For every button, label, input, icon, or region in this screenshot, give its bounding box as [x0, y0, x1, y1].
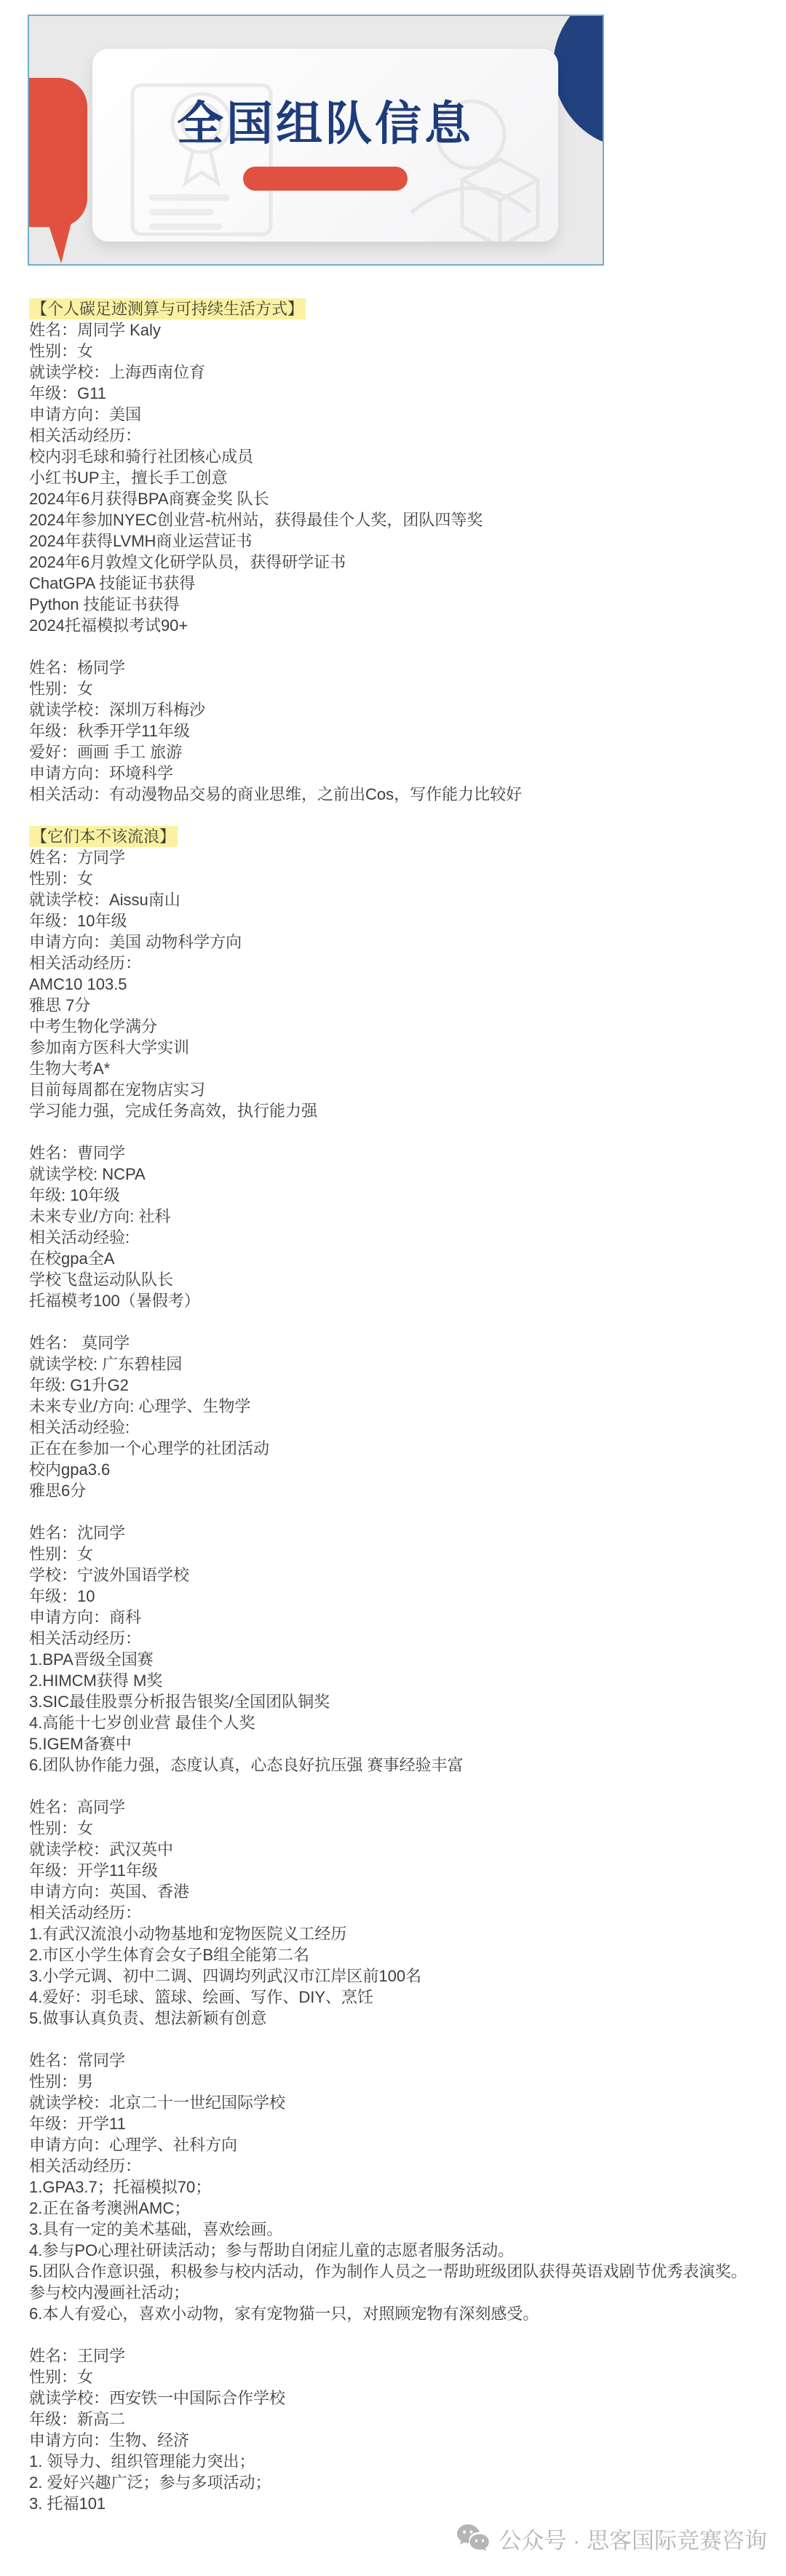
text-line: 2024托福模拟考试90+	[29, 615, 763, 636]
banner: 全国组队信息	[28, 15, 604, 266]
text-line: 在校gpa全A	[29, 1248, 763, 1269]
text-line: 年级: G1升G2	[29, 1375, 763, 1396]
text-line: 校内gpa3.6	[29, 1459, 763, 1480]
text-line: 学校：宁波外国语学校	[29, 1565, 763, 1586]
text-line: 3. 托福101	[29, 2493, 763, 2514]
text-line: 5.IGEM备赛中	[29, 1733, 763, 1754]
text-line: 4.爱好：羽毛球、篮球、绘画、写作、DIY、烹饪	[29, 1987, 763, 2008]
text-line: 性别：女	[29, 1543, 763, 1565]
text-line: 6.团队协作能力强，态度认真，心态良好抗压强 赛事经验丰富	[29, 1754, 763, 1776]
text-line: 申请方向：心理学、社科方向	[29, 2134, 763, 2155]
text-line: 姓名：高同学	[29, 1797, 763, 1818]
text-line: 参加南方医科大学实训	[29, 1037, 763, 1058]
text-line: 姓名： 莫同学	[29, 1332, 763, 1353]
text-line: 申请方向：美国	[29, 404, 763, 425]
text-line: 性别：女	[29, 341, 763, 362]
profile-section: 【它们本不该流浪】姓名：方同学性别：女就读学校：Aissu南山年级：10年级申请…	[29, 826, 763, 1121]
text-line: 姓名：杨同学	[29, 657, 763, 678]
text-line: 学校飞盘运动队队长	[29, 1269, 763, 1290]
text-line: 就读学校：北京二十一世纪国际学校	[29, 2092, 763, 2113]
text-line: 相关活动经历：	[29, 1628, 763, 1649]
text-line: 就读学校: NCPA	[29, 1164, 763, 1185]
text-line: 1.BPA晋级全国赛	[29, 1649, 763, 1670]
banner-underline-bar	[243, 167, 408, 191]
text-line: 姓名：曹同学	[29, 1142, 763, 1164]
text-line: Python 技能证书获得	[29, 594, 763, 615]
text-line: 申请方向：美国 动物科学方向	[29, 931, 763, 953]
text-line: 相关活动经历：	[29, 1902, 763, 1923]
text-line: 6.本人有爱心，喜欢小动物，家有宠物猫一只，对照顾宠物有深刻感受。	[29, 2303, 763, 2324]
banner-card: 全国组队信息	[92, 49, 558, 242]
text-line: 就读学校：武汉英中	[29, 1839, 763, 1860]
profile-section: 姓名：沈同学性别：女学校：宁波外国语学校年级：10申请方向：商科相关活动经历：1…	[29, 1522, 763, 1776]
text-line: 年级：秋季开学11年级	[29, 720, 763, 742]
profile-section: 姓名：杨同学性别：女就读学校：深圳万科梅沙年级：秋季开学11年级爱好：画画 手工…	[29, 657, 763, 805]
text-line: 姓名：方同学	[29, 847, 763, 868]
text-line: 学习能力强，完成任务高效，执行能力强	[29, 1100, 763, 1121]
profile-section: 姓名：高同学性别：女就读学校：武汉英中年级：开学11年级申请方向：英国、香港相关…	[29, 1797, 763, 2029]
text-line: 姓名：沈同学	[29, 1522, 763, 1543]
text-line: 2.HIMCM获得 M奖	[29, 1670, 763, 1691]
text-line: 性别：女	[29, 2366, 763, 2388]
text-line: 就读学校：Aissu南山	[29, 889, 763, 910]
watermark: 公众号 · 思客国际竞赛咨询	[455, 2522, 767, 2555]
text-line: 就读学校：上海西南位育	[29, 362, 763, 383]
profile-section: 姓名：王同学性别：女就读学校：西安铁一中国际合作学校年级：新高二申请方向：生物、…	[29, 2345, 763, 2514]
text-line: 1.有武汉流浪小动物基地和宠物医院义工经历	[29, 1923, 763, 1944]
text-line: 托福模考100（暑假考）	[29, 1290, 763, 1311]
text-line: 相关活动经历：	[29, 953, 763, 974]
text-line: 年级: 10年级	[29, 1185, 763, 1206]
text-line: 申请方向：商科	[29, 1607, 763, 1628]
text-line: 2.市区小学生体育会女子B组全能第二名	[29, 1944, 763, 1965]
text-line: 年级：开学11年级	[29, 1860, 763, 1881]
text-line: 相关活动经验:	[29, 1227, 763, 1248]
text-line: 5.做事认真负责、想法新颖有创意	[29, 2008, 763, 2029]
text-line: 性别：男	[29, 2071, 763, 2092]
text-line: 5.团队合作意识强，积极参与校内活动，作为制作人员之一帮助班级团队获得英语戏剧节…	[29, 2261, 763, 2303]
text-line: 相关活动：有动漫物品交易的商业思维，之前出Cos，写作能力比较好	[29, 784, 763, 805]
text-line: 就读学校：西安铁一中国际合作学校	[29, 2388, 763, 2409]
text-line: 4.参与PO心理社研读活动；参与帮助自闭症儿童的志愿者服务活动。	[29, 2240, 763, 2261]
text-line: 年级：10	[29, 1586, 763, 1607]
text-line: 未来专业/方向: 心理学、生物学	[29, 1396, 763, 1417]
text-line: 2.正在备考澳洲AMC；	[29, 2198, 763, 2219]
text-line: 目前每周都在宠物店实习	[29, 1079, 763, 1100]
cube-icon	[462, 159, 538, 242]
text-line: 相关活动经历：	[29, 425, 763, 446]
text-line: 1.GPA3.7；托福模拟70；	[29, 2177, 763, 2198]
text-line: 姓名：王同学	[29, 2345, 763, 2366]
text-line: 校内羽毛球和骑行社团核心成员	[29, 446, 763, 467]
blue-circle-shape	[553, 15, 604, 148]
text-line: 2024年6月获得BPA商赛金奖 队长	[29, 488, 763, 509]
text-line: 2024年参加NYEC创业营-杭州站，获得最佳个人奖，团队四等奖	[29, 509, 763, 530]
profile-section: 姓名：常同学性别：男就读学校：北京二十一世纪国际学校年级：开学11申请方向：心理…	[29, 2050, 763, 2324]
text-line: 姓名：周同学 Kaly	[29, 319, 763, 341]
profile-section: 姓名：曹同学就读学校: NCPA年级: 10年级未来专业/方向: 社科相关活动经…	[29, 1142, 763, 1311]
text-line: 申请方向：生物、经济	[29, 2430, 763, 2451]
banner-title: 全国组队信息	[177, 87, 474, 154]
text-line: 1. 领导力、组织管理能力突出；	[29, 2451, 763, 2472]
text-line: 就读学校：深圳万科梅沙	[29, 699, 763, 720]
profile-sections: 【个人碳足迹测算与可持续生活方式】姓名：周同学 Kaly性别：女就读学校：上海西…	[29, 298, 763, 2514]
wechat-icon	[455, 2523, 491, 2555]
text-line: 4.高能十七岁创业营 最佳个人奖	[29, 1712, 763, 1733]
text-line: ChatGPA 技能证书获得	[29, 573, 763, 594]
text-line: 3.小学元调、初中二调、四调均列武汉市江岸区前100名	[29, 1965, 763, 1987]
text-line: 3.SIC最佳股票分析报告银奖/全国团队铜奖	[29, 1691, 763, 1712]
text-line: 性别：女	[29, 868, 763, 889]
text-line: 姓名：常同学	[29, 2050, 763, 2071]
text-line: 中考生物化学满分	[29, 1016, 763, 1037]
text-line: 年级：G11	[29, 383, 763, 404]
text-line: 年级：新高二	[29, 2409, 763, 2430]
text-line: 就读学校: 广东碧桂园	[29, 1353, 763, 1375]
text-line: 未来专业/方向: 社科	[29, 1206, 763, 1227]
profile-section: 【个人碳足迹测算与可持续生活方式】姓名：周同学 Kaly性别：女就读学校：上海西…	[29, 298, 763, 636]
text-line: 2. 爱好兴趣广泛；参与多项活动；	[29, 2472, 763, 2493]
text-line: 相关活动经历：	[29, 2155, 763, 2177]
text-line: 2024年6月敦煌文化研学队员，获得研学证书	[29, 552, 763, 573]
text-line: 年级：开学11	[29, 2113, 763, 2134]
text-line: 相关活动经验:	[29, 1417, 763, 1438]
text-line: 雅思 7分	[29, 995, 763, 1016]
text-line: AMC10 103.5	[29, 974, 763, 995]
text-line: 3.具有一定的美术基础，喜欢绘画。	[29, 2219, 763, 2240]
text-line: 生物大考A*	[29, 1058, 763, 1079]
text-line: 性别：女	[29, 678, 763, 699]
text-line: 申请方向：环境科学	[29, 763, 763, 784]
section-header: 【个人碳足迹测算与可持续生活方式】	[29, 298, 763, 319]
text-line: 爱好：画画 手工 旅游	[29, 742, 763, 763]
text-line: 2024年获得LVMH商业运营证书	[29, 530, 763, 552]
text-line: 正在在参加一个心理学的社团活动	[29, 1438, 763, 1459]
text-line: 申请方向：英国、香港	[29, 1881, 763, 1902]
text-line: 年级：10年级	[29, 910, 763, 931]
section-header: 【它们本不该流浪】	[29, 826, 763, 847]
text-line: 小红书UP主，擅长手工创意	[29, 467, 763, 488]
text-line: 雅思6分	[29, 1480, 763, 1501]
text-line: 性别：女	[29, 1818, 763, 1839]
profile-section: 姓名： 莫同学就读学校: 广东碧桂园年级: G1升G2未来专业/方向: 心理学、…	[29, 1332, 763, 1501]
watermark-text: 公众号 · 思客国际竞赛咨询	[499, 2522, 767, 2555]
